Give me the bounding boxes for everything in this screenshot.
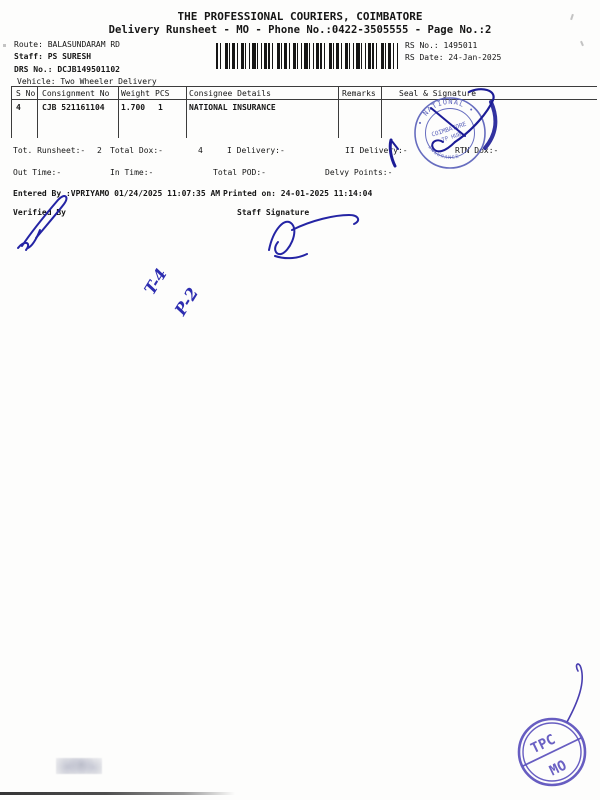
table-top-border (11, 86, 597, 87)
rs-no-label: RS No.: (405, 41, 439, 50)
scanned-delivery-runsheet: THE PROFESSIONAL COURIERS, COIMBATORE De… (0, 0, 600, 800)
scan-smudge (56, 758, 102, 774)
col-header-consignee: Consignee Details (189, 89, 271, 99)
page-title: THE PROFESSIONAL COURIERS, COIMBATORE (0, 10, 600, 23)
svg-text:INSURANCE: INSURANCE (426, 145, 460, 161)
row-cell-consignee: NATIONAL INSURANCE (189, 103, 276, 113)
row-cell-weight: 1.700 (121, 103, 145, 113)
printed-on-line: Printed on: 24-01-2025 11:14:04 (223, 189, 372, 199)
table-divider-3 (186, 86, 187, 138)
drs-line: DRS No.: DCJB149501102 (14, 65, 120, 75)
stamp-top-text: TPC (528, 732, 558, 757)
tot-runsheet-value: 2 (97, 146, 102, 156)
table-divider-2 (118, 86, 119, 138)
col-header-s-no: S No (16, 89, 35, 99)
table-border-left (11, 86, 12, 138)
vehicle-label: Vehicle: (17, 77, 56, 86)
rs-date-value: 24-Jan-2025 (448, 53, 501, 62)
tpc-mo-stamp: TPC MO (505, 658, 600, 798)
rs-no-line: RS No.: 1495011 (405, 41, 477, 51)
total-dox-value: 4 (198, 146, 203, 156)
scan-speck-2 (580, 41, 584, 46)
total-pod-label: Total POD:- (213, 168, 266, 178)
table-divider-4 (338, 86, 339, 138)
rs-date-label: RS Date: (405, 53, 444, 62)
out-time-label: Out Time:- (13, 168, 61, 178)
col-header-weight: Weight (121, 89, 150, 99)
table-divider-1 (37, 86, 38, 138)
rs-barcode (216, 43, 398, 69)
handwritten-note-line2: P-2 (171, 284, 202, 319)
row-cell-consignment-no: CJB 521161104 (42, 103, 105, 113)
delvy-points-label: Delvy Points:- (325, 168, 392, 178)
table-divider-5 (381, 86, 382, 138)
drs-value: DCJB149501102 (57, 65, 120, 74)
col-header-remarks: Remarks (342, 89, 376, 99)
in-time-label: In Time:- (110, 168, 153, 178)
consignee-seal-stamp: • NATIONAL • INSURANCE COIMBATORE TP HUB (385, 90, 520, 178)
rs-date-line: RS Date: 24-Jan-2025 (405, 53, 501, 63)
verified-by-signature (6, 190, 86, 252)
staff-signature-scrawl (255, 210, 370, 262)
drs-label: DRS No.: (14, 65, 53, 74)
route-line: Route: BALASUNDARAM RD (14, 40, 120, 50)
total-dox-label: Total Dox:- (110, 146, 163, 156)
seal-arc-text-bottom: INSURANCE (426, 145, 460, 161)
staff-label: Staff: (14, 52, 43, 61)
rs-no-value: 1495011 (444, 41, 478, 50)
vehicle-value: Two Wheeler Delivery (60, 77, 156, 86)
scan-edge-artifact (0, 792, 235, 795)
route-value: BALASUNDARAM RD (48, 40, 120, 49)
page-subtitle: Delivery Runsheet - MO - Phone No.:0422-… (0, 24, 600, 36)
col-header-consignment: Consignment No (42, 89, 109, 99)
handwritten-note-line1: T-4 (140, 265, 170, 298)
pen-flourish (567, 664, 582, 722)
scan-speck-3 (3, 44, 6, 47)
col-header-pcs: PCS (155, 89, 169, 99)
i-delivery-label: I Delivery:- (227, 146, 285, 156)
staff-line: Staff: PS SURESH (14, 52, 91, 62)
route-label: Route: (14, 40, 43, 49)
stamp-bottom-text: MO (547, 758, 569, 780)
row-cell-pcs: 1 (158, 103, 163, 113)
tot-runsheet-label: Tot. Runsheet:- (13, 146, 85, 156)
row-cell-s-no: 4 (16, 103, 21, 113)
staff-value: PS SURESH (48, 52, 91, 61)
